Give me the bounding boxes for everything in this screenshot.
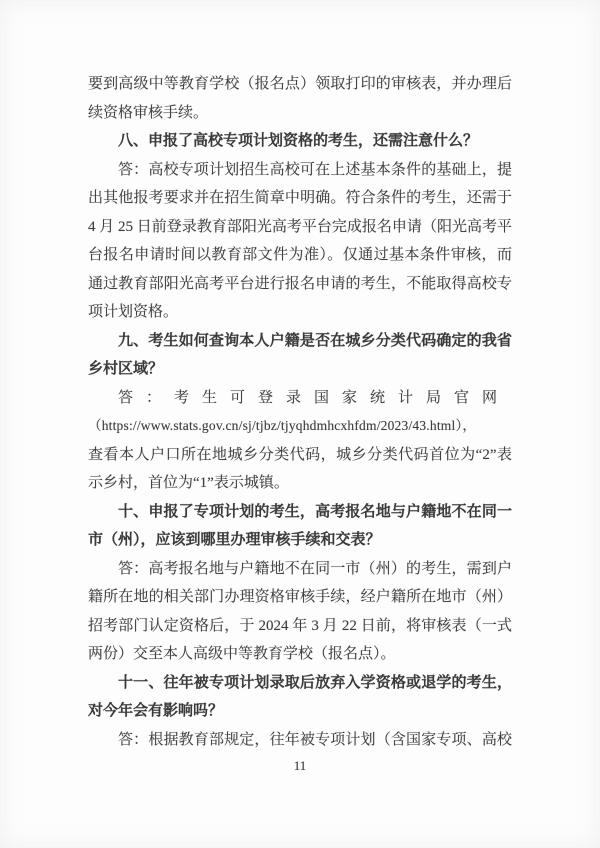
- question-10-heading: 十、申报了专项计划的考生，高考报名地与户籍地不在同一: [88, 498, 512, 527]
- question-10-heading-cont: 市（州），应该到哪里办理审核手续和交表？: [88, 526, 512, 555]
- text-line: 台报名申请时间以教育部文件为准）。仅通过基本条件审核，而未: [88, 241, 512, 270]
- text-line: 查看本人户口所在地城乡分类代码，城乡分类代码首位为“2”表: [88, 441, 512, 470]
- text-line: 招考部门认定资格后，于 2024 年 3 月 22 日前，将审核表（一式: [88, 612, 512, 641]
- question-8-heading: 八、申报了高校专项计划资格的考生，还需注意什么？: [88, 127, 512, 156]
- text-line: 续资格审核手续。: [88, 99, 512, 128]
- text-line: 答：考生可登录国家统计局官网: [88, 384, 512, 413]
- page-number: 11: [0, 758, 600, 774]
- question-11-heading: 十一、往年被专项计划录取后放弃入学资格或退学的考生，: [88, 669, 512, 698]
- text-line: 答：根据教育部规定，往年被专项计划（含国家专项、高校: [88, 726, 512, 755]
- text-line: 示乡村，首位为“1”表示城镇。: [88, 469, 512, 498]
- question-9-heading: 九、考生如何查询本人户籍是否在城乡分类代码确定的我省: [88, 327, 512, 356]
- document-page: 要到高级中等教育学校（报名点）领取打印的审核表，并办理后 续资格审核手续。 八、…: [0, 0, 600, 848]
- text-line: 4 月 25 日前登录教育部阳光高考平台完成报名申请（阳光高考平: [88, 213, 512, 242]
- text-line: 答：高校专项计划招生高校可在上述基本条件的基础上，提: [88, 156, 512, 185]
- text-line: 籍所在地的相关部门办理资格审核手续，经户籍所在地市（州）: [88, 583, 512, 612]
- text-line: 要到高级中等教育学校（报名点）领取打印的审核表，并办理后: [88, 70, 512, 99]
- text-line: 通过教育部阳光高考平台进行报名申请的考生，不能取得高校专: [88, 270, 512, 299]
- question-9-heading-cont: 乡村区域？: [88, 355, 512, 384]
- question-11-heading-cont: 对今年会有影响吗？: [88, 697, 512, 726]
- document-body: 要到高级中等教育学校（报名点）领取打印的审核表，并办理后 续资格审核手续。 八、…: [88, 70, 512, 754]
- text-line: 出其他报考要求并在招生简章中明确。符合条件的考生，还需于: [88, 184, 512, 213]
- stats-gov-url: （https://www.stats.gov.cn/sj/tjbz/tjyqhd…: [88, 412, 512, 441]
- text-line: 答：高考报名地与户籍地不在同一市（州）的考生，需到户: [88, 555, 512, 584]
- text-line: 项计划资格。: [88, 298, 512, 327]
- text-line: 两份）交至本人高级中等教育学校（报名点）。: [88, 640, 512, 669]
